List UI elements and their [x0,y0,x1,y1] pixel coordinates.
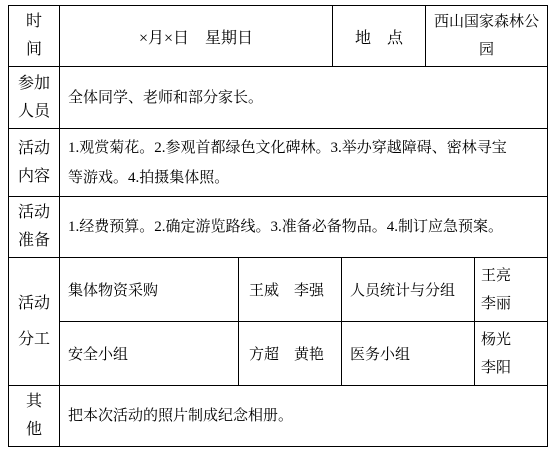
activity-preparation-value-cell: 1.经费预算。2.确定游览路线。3.准备必备物品。4.制订应急预案。 [60,197,547,257]
division-task: 医务小组 [350,343,410,364]
division-person-line: 李阳 [481,354,511,382]
participants-label-line: 参加 [18,70,50,98]
division-task-cell: 集体物资采购 [60,258,239,321]
row-activity-preparation: 活动 准备 1.经费预算。2.确定游览路线。3.准备必备物品。4.制订应急预案。 [9,197,547,258]
activity-content-line: 1.观赏菊花。2.参观首都绿色文化碑林。3.举办穿越障碍、密林寻宝 [68,133,507,163]
location-label: 地 点 [355,25,403,48]
row-activity-division: 活动 分工 集体物资采购 王威 李强 人员统计与分组 王亮 李丽 [9,258,547,386]
participants-value: 全体同学、老师和部分家长。 [68,83,263,113]
activity-content-line: 等游戏。4.拍摄集体照。 [68,163,229,193]
datetime-value-cell: ×月×日 星期日 [60,6,333,66]
participants-value-cell: 全体同学、老师和部分家长。 [60,67,547,128]
activity-division-body: 集体物资采购 王威 李强 人员统计与分组 王亮 李丽 安全小组 方超 [60,258,547,385]
activity-preparation-label-line: 准备 [18,227,50,255]
division-persons: 方超 黄艳 [249,343,324,364]
other-value-cell: 把本次活动的照片制成纪念相册。 [60,386,547,446]
location-label-cell: 地 点 [333,6,426,66]
activity-content-label-line: 内容 [18,163,50,191]
division-person-line: 王亮 [481,262,511,290]
division-persons-cell: 王威 李强 [239,258,342,321]
division-person-line: 李丽 [481,290,511,318]
location-value-cell: 西山国家森林公 园 [426,6,547,66]
datetime-value: ×月×日 星期日 [139,25,253,48]
division-task: 人员统计与分组 [350,279,455,300]
activity-preparation-label-line: 活动 [18,199,50,227]
other-label-line: 他 [26,416,42,444]
other-value: 把本次活动的照片制成纪念相册。 [68,401,293,431]
participants-label-cell: 参加 人员 [9,67,60,128]
division-task-cell: 人员统计与分组 [342,258,475,321]
other-label-line: 其 [26,388,42,416]
division-persons-cell: 杨光 李阳 [475,322,547,385]
division-persons-cell: 王亮 李丽 [475,258,547,321]
division-person-line: 杨光 [481,326,511,354]
division-task-cell: 医务小组 [342,322,475,385]
division-task-cell: 安全小组 [60,322,239,385]
time-label-line: 间 [26,36,42,64]
activity-preparation-value: 1.经费预算。2.确定游览路线。3.准备必备物品。4.制订应急预案。 [68,212,503,242]
activity-plan-table: 时 间 ×月×日 星期日 地 点 西山国家森林公 园 参加 人员 全体同学、老师… [8,5,548,447]
row-activity-content: 活动 内容 1.观赏菊花。2.参观首都绿色文化碑林。3.举办穿越障碍、密林寻宝 … [9,129,547,197]
other-label-cell: 其 他 [9,386,60,446]
division-subrow: 集体物资采购 王威 李强 人员统计与分组 王亮 李丽 [60,258,547,322]
activity-content-value-cell: 1.观赏菊花。2.参观首都绿色文化碑林。3.举办穿越障碍、密林寻宝 等游戏。4.… [60,129,547,196]
division-persons-cell: 方超 黄艳 [239,322,342,385]
activity-preparation-label-cell: 活动 准备 [9,197,60,257]
division-persons: 王威 李强 [249,279,324,300]
division-subrow: 安全小组 方超 黄艳 医务小组 杨光 李阳 [60,322,547,385]
division-task: 安全小组 [68,343,128,364]
location-value-line: 西山国家森林公 [434,8,539,36]
activity-content-label-line: 活动 [18,135,50,163]
division-task: 集体物资采购 [68,279,158,300]
time-label-cell: 时 间 [9,6,60,66]
activity-division-label-line: 活动 [18,286,50,322]
activity-content-label-cell: 活动 内容 [9,129,60,196]
row-time: 时 间 ×月×日 星期日 地 点 西山国家森林公 园 [9,6,547,67]
location-value-line: 园 [479,36,494,64]
time-label-line: 时 [26,8,42,36]
activity-division-label-cell: 活动 分工 [9,258,60,385]
row-participants: 参加 人员 全体同学、老师和部分家长。 [9,67,547,129]
activity-division-label-line: 分工 [18,322,50,358]
row-other: 其 他 把本次活动的照片制成纪念相册。 [9,386,547,446]
participants-label-line: 人员 [18,98,50,126]
